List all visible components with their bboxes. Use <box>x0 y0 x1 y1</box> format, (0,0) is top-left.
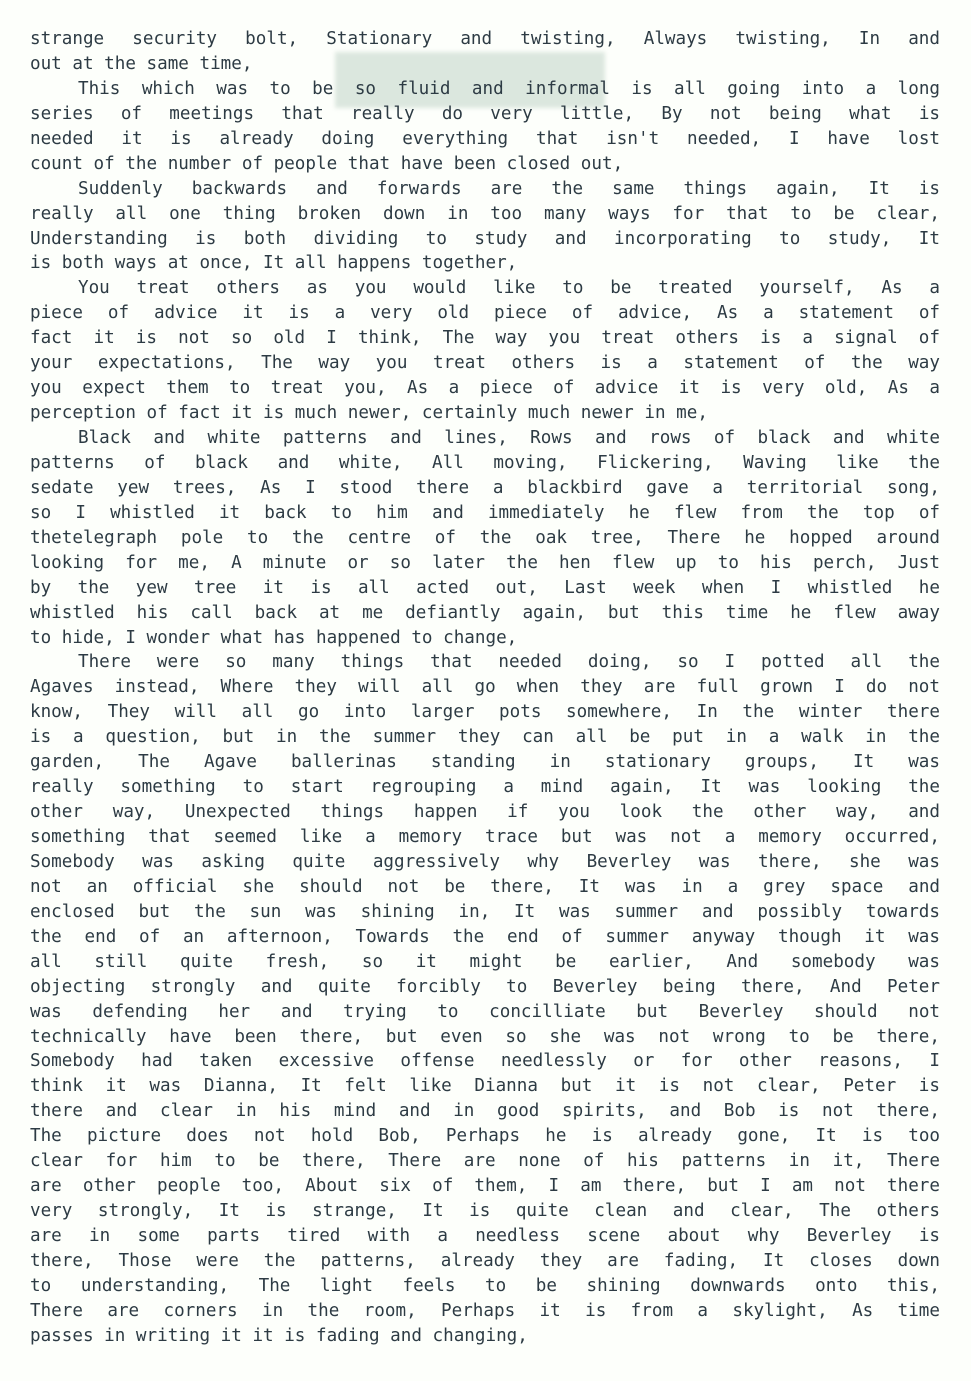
text-line: You treat others as you would like to be… <box>30 276 940 301</box>
text-line: piece of advice it is a very old piece o… <box>30 301 940 326</box>
text-line: was defending her and trying to concilli… <box>30 1000 940 1025</box>
paragraph: You treat others as you would like to be… <box>30 276 940 426</box>
text-line: perception of fact it is much newer, cer… <box>30 401 940 426</box>
text-line: very strongly, It is strange, It is quit… <box>30 1199 940 1224</box>
paragraph: strange security bolt, Stationary and tw… <box>30 27 940 77</box>
text-line: by the yew tree it is all acted out, Las… <box>30 576 940 601</box>
paragraph: Black and white patterns and lines, Rows… <box>30 426 940 650</box>
text-line: This which was to be so fluid and inform… <box>30 77 940 102</box>
text-line: all still quite fresh, so it might be ea… <box>30 950 940 975</box>
text-line: technically have been there, but even so… <box>30 1025 940 1050</box>
text-line: clear for him to be there, There are non… <box>30 1149 940 1174</box>
text-line: Agaves instead, Where they will all go w… <box>30 675 940 700</box>
text-line: is a question, but in the summer they ca… <box>30 725 940 750</box>
text-line: There are corners in the room, Perhaps i… <box>30 1299 940 1324</box>
text-line: something that seemed like a memory trac… <box>30 825 940 850</box>
text-line: you expect them to treat you, As a piece… <box>30 376 940 401</box>
text-line: sedate yew trees, As I stood there a bla… <box>30 476 940 501</box>
text-line: not an official she should not be there,… <box>30 875 940 900</box>
text-line: looking for me, A minute or so later the… <box>30 551 940 576</box>
text-line: other way, Unexpected things happen if y… <box>30 800 940 825</box>
text-line: there and clear in his mind and in good … <box>30 1099 940 1124</box>
text-line: are in some parts tired with a needless … <box>30 1224 940 1249</box>
text-line: really something to start regrouping a m… <box>30 775 940 800</box>
text-line: really all one thing broken down in too … <box>30 202 940 227</box>
text-line: so I whistled it back to him and immedia… <box>30 501 940 526</box>
text-line: strange security bolt, Stationary and tw… <box>30 27 940 52</box>
paragraph: There were so many things that needed do… <box>30 650 940 1348</box>
text-line: The picture does not hold Bob, Perhaps h… <box>30 1124 940 1149</box>
text-line: count of the number of people that have … <box>30 152 940 177</box>
text-line: your expectations, The way you treat oth… <box>30 351 940 376</box>
paragraph: Suddenly backwards and forwards are the … <box>30 177 940 277</box>
text-line: whistled his call back at me defiantly a… <box>30 601 940 626</box>
text-line: is both ways at once, It all happens tog… <box>30 251 940 276</box>
text-line: garden, The Agave ballerinas standing in… <box>30 750 940 775</box>
text-line: out at the same time, <box>30 52 940 77</box>
text-line: patterns of black and white, All moving,… <box>30 451 940 476</box>
text-line: the end of an afternoon, Towards the end… <box>30 925 940 950</box>
text-line: fact it is not so old I think, The way y… <box>30 326 940 351</box>
text-line: Somebody was asking quite aggressively w… <box>30 850 940 875</box>
paragraph: This which was to be so fluid and inform… <box>30 77 940 177</box>
typewritten-page: strange security bolt, Stationary and tw… <box>30 27 940 1349</box>
text-line: there, Those were the patterns, already … <box>30 1249 940 1274</box>
text-line: enclosed but the sun was shining in, It … <box>30 900 940 925</box>
text-line: thetelegraph pole to the centre of the o… <box>30 526 940 551</box>
text-line: Understanding is both dividing to study … <box>30 227 940 252</box>
text-line: There were so many things that needed do… <box>30 650 940 675</box>
text-line: objecting strongly and quite forcibly to… <box>30 975 940 1000</box>
text-line: are other people too, About six of them,… <box>30 1174 940 1199</box>
text-line: needed it is already doing everything th… <box>30 127 940 152</box>
text-line: to hide, I wonder what has happened to c… <box>30 626 940 651</box>
text-line: know, They will all go into larger pots … <box>30 700 940 725</box>
text-line: think it was Dianna, It felt like Dianna… <box>30 1074 940 1099</box>
text-line: Suddenly backwards and forwards are the … <box>30 177 940 202</box>
text-line: passes in writing it it is fading and ch… <box>30 1324 940 1349</box>
text-line: Black and white patterns and lines, Rows… <box>30 426 940 451</box>
text-line: Somebody had taken excessive offense nee… <box>30 1049 940 1074</box>
text-line: series of meetings that really do very l… <box>30 102 940 127</box>
text-line: to understanding, The light feels to be … <box>30 1274 940 1299</box>
